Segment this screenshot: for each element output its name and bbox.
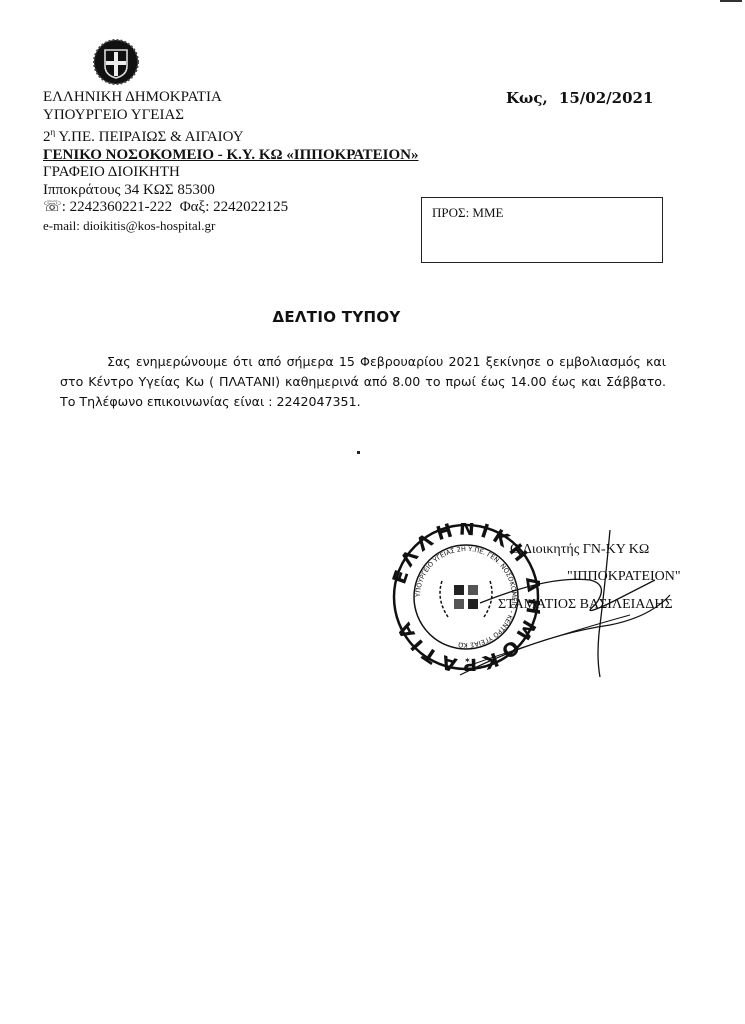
- telephone-icon: ☏: [43, 199, 62, 215]
- signatory-institution: "ΙΠΠΟΚΡΑΤΕΙΟΝ": [567, 563, 681, 590]
- letterhead-address: Ιπποκράτους 34 ΚΩΣ 85300: [43, 182, 419, 200]
- date-value: 15/02/2021: [559, 89, 653, 107]
- recipient-text: ΠΡΟΣ: ΜΜΕ: [432, 205, 504, 221]
- signatory-role: Ο Διοικητής ΓΝ-ΚΥ ΚΩ: [510, 536, 681, 563]
- letterhead-hospital: ΓΕΝΙΚΟ ΝΟΣΟΚΟΜΕΙΟ - Κ.Υ. ΚΩ «ΙΠΠΟΚΡΑΤΕΙΟ…: [43, 147, 419, 165]
- body-paragraph: Σας ενημερώνουμε ότι από σήμερα 15 Φεβρο…: [60, 352, 666, 412]
- signature-block: Ο Διοικητής ΓΝ-ΚΥ ΚΩ "ΙΠΠΟΚΡΑΤΕΙΟΝ" ΣΤΑΜ…: [510, 536, 681, 618]
- letterhead-phone-fax: ☏: 2242360221-222 Φαξ: 2242022125: [43, 199, 419, 217]
- date-place: Κως,: [506, 89, 548, 107]
- press-release-body: Σας ενημερώνουμε ότι από σήμερα 15 Φεβρο…: [60, 352, 666, 412]
- signatory-name: ΣΤΑΜΑΤΙΟΣ ΒΑΣΙΛΕΙΑΔΗΣ: [498, 591, 681, 618]
- letterhead: ΕΛΛΗΝΙΚΗ ΔΗΜΟΚΡΑΤΙΑ ΥΠΟΥΡΓΕΙΟ ΥΓΕΙΑΣ 2η …: [43, 89, 419, 234]
- greek-coat-of-arms-icon: [92, 38, 140, 86]
- scan-artifact: [720, 0, 742, 2]
- recipient-box: ΠΡΟΣ: ΜΜΕ: [421, 197, 663, 263]
- letterhead-region: 2η Υ.ΠΕ. ΠΕΙΡΑΙΩΣ & ΑΙΓΑΙΟΥ: [43, 124, 419, 147]
- letterhead-email: e-mail: dioikitis@kos-hospital.gr: [43, 217, 419, 235]
- letterhead-ministry: ΥΠΟΥΡΓΕΙΟ ΥΓΕΙΑΣ: [43, 107, 419, 125]
- svg-text:✶: ✶: [464, 656, 471, 665]
- letterhead-office: ΓΡΑΦΕΙΟ ΔΙΟΙΚΗΤΗ: [43, 164, 419, 182]
- letterhead-republic: ΕΛΛΗΝΙΚΗ ΔΗΜΟΚΡΑΤΙΑ: [43, 89, 419, 107]
- date-line: Κως, 15/02/2021: [506, 89, 653, 107]
- document-title: ΔΕΛΤΙΟ ΤΥΠΟΥ: [0, 308, 745, 326]
- scan-speck: [357, 451, 360, 454]
